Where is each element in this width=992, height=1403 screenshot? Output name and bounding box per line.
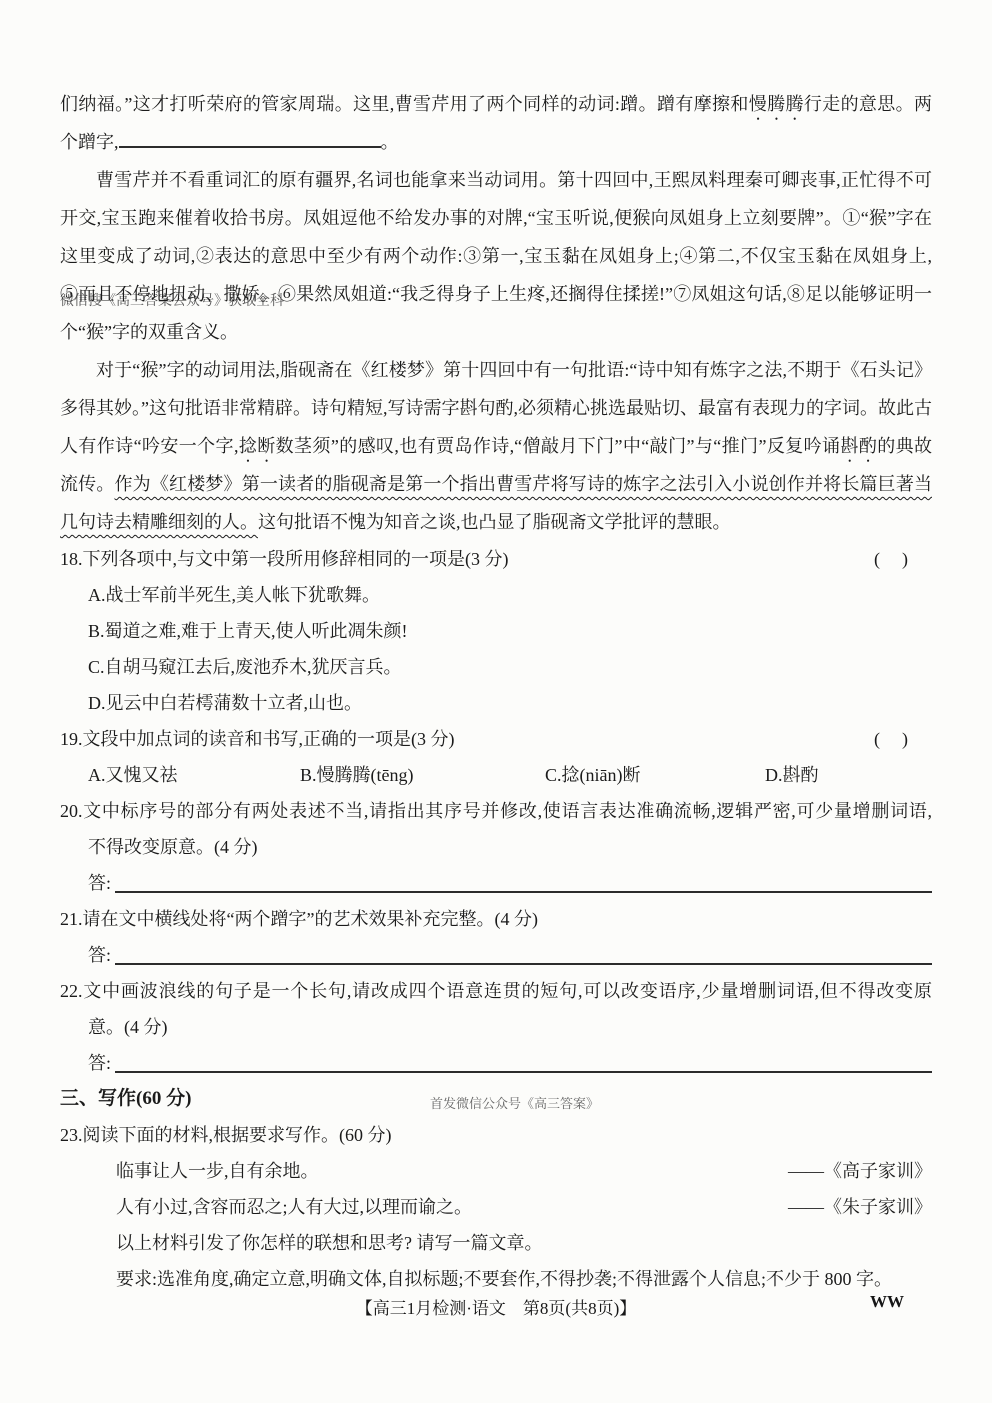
page-footer: 【高三1月检测·语文 第8页(共8页)】 (0, 1294, 992, 1319)
q20-answer-row: 答: (60, 865, 932, 901)
material-1-source: ——《高子家训》 (788, 1153, 932, 1189)
spacer (455, 721, 875, 757)
passage-p2-line1: 曹雪芹并不看重词汇的原有疆界,名词也能拿来当动词用。第十四回中,王熙凤料理秦可卿… (60, 161, 932, 199)
material-2-text: 人有小过,含容而忍之;人有大过,以理而谕之。 (60, 1189, 472, 1225)
p3-l3-text-a: 人有作诗“吟安一个字, (60, 436, 238, 456)
q18-option-a: A.战士军前半死生,美人帐下犹歌舞。 (60, 577, 932, 613)
q19-options-row: A.又愧又祛B.慢腾腾(tēng)C.捻(niān)断D.斟酌 (60, 757, 932, 793)
p3-l5-text-b: 这句批语不愧为知音之谈,也凸显了脂砚斋文学批评的慧眼。 (258, 512, 731, 532)
p1-l1-emphasized-word: 慢腾腾 (749, 94, 804, 114)
question-23-stem: 23.阅读下面的材料,根据要求写作。(60 分) (60, 1117, 932, 1153)
passage-p2-line3: 这里变成了动词,②表达的意思中至少有两个动作:③第一,宝玉黏在凤姐身上;④第二,… (60, 237, 932, 275)
q19-option-c: C.捻(niān)断 (545, 757, 765, 793)
q22-answer-label: 答: (88, 1045, 111, 1081)
passage-p2-line5: 个“猴”字的双重含义。 (60, 313, 932, 351)
q19-option-d: D.斟酌 (765, 757, 819, 793)
question-19-stem: 19.文段中加点词的读音和书写,正确的一项是(3 分)( ) (60, 721, 932, 757)
passage-p3-line2: 多得其妙。”这句批语非常精辟。诗句精短,写诗需字斟句酌,必须精心挑选最贴切、最富… (60, 389, 932, 427)
question-22-line1: 22.文中画波浪线的句子是一个长句,请改成四个语意连贯的短句,可以改变语序,少量… (60, 973, 932, 1009)
q20-answer-label: 答: (88, 865, 111, 901)
exam-paper-page: 微信搜《高三答案公众号》获取全科 首发微信公众号《高三答案》 们纳福。”这才打听… (0, 0, 992, 1403)
q21-answer-row: 答: (60, 937, 932, 973)
p1-l1-text-a: 们纳福。”这才打听荣府的管家周瑞。这里,曹雪芹用了两个同样的动词:蹭。蹭有摩擦和 (60, 94, 749, 114)
material-2-source: ——《朱子家训》 (788, 1189, 932, 1225)
p1-l2-text-a: 个蹭字, (60, 132, 119, 152)
question-20-line1: 20.文中标序号的部分有两处表述不当,请指出其序号并修改,使语言表达准确流畅,逻… (60, 793, 932, 829)
q18-option-d: D.见云中白若樗蒲数十立者,山也。 (60, 685, 932, 721)
passage-p2-line4: ⑤而且不停地扭动、撒娇。⑥果然凤姐道:“我乏得身子上生疼,还搁得住揉搓!”⑦凤姐… (60, 275, 932, 313)
section-3-writing-title: 三、写作(60 分) (60, 1081, 932, 1117)
q18-option-b: B.蜀道之难,难于上青天,使人听此凋朱颜! (60, 613, 932, 649)
passage-p2-line2: 开交,宝玉跑来催着收拾书房。凤姐逗他不给发办事的对牌,“宝玉听说,便猴向凤姐身上… (60, 199, 932, 237)
passage-p1-line2: 个蹭字,。 (60, 123, 932, 161)
q20-answer-line (115, 891, 932, 893)
q19-option-b: B.慢腾腾(tēng) (300, 757, 545, 793)
q22-answer-row: 答: (60, 1045, 932, 1081)
q19-option-a: A.又愧又祛 (88, 757, 300, 793)
passage-p3-line4: 流传。作为《红楼梦》第一读者的脂砚斋是第一个指出曹雪芹将写诗的炼字之法引入小说创… (60, 465, 932, 503)
q18-answer-bracket: ( ) (874, 541, 932, 577)
q18-option-c: C.自胡马窥江去后,废池乔木,犹厌言兵。 (60, 649, 932, 685)
q18-stem-text: 18.下列各项中,与文中第一段所用修辞相同的一项是(3 分) (60, 541, 509, 577)
passage-p3-line5: 几句诗去精雕细刻的人。这句批语不愧为知音之谈,也凸显了脂砚斋文学批评的慧眼。 (60, 503, 932, 541)
p3-l3-text-c: 的典故 (877, 436, 932, 456)
q19-answer-bracket: ( ) (874, 721, 932, 757)
question-21-stem: 21.请在文中横线处将“两个蹭字”的艺术效果补充完整。(4 分) (60, 901, 932, 937)
passage-p1-line1: 们纳福。”这才打听荣府的管家周瑞。这里,曹雪芹用了两个同样的动词:蹭。蹭有摩擦和… (60, 85, 932, 123)
p3-l5-wavy-underlined: 几句诗去精雕细刻的人。 (60, 512, 258, 532)
q21-answer-line (115, 963, 932, 965)
spacer (509, 541, 875, 577)
passage-p3-line3: 人有作诗“吟安一个字,捻断数茎须”的感叹,也有贾岛作诗,“僧敲月下门”中“敲门”… (60, 427, 932, 465)
question-20-line2: 不得改变原意。(4 分) (60, 829, 932, 865)
question-18-stem: 18.下列各项中,与文中第一段所用修辞相同的一项是(3 分)( ) (60, 541, 932, 577)
p1-l1-text-b: 行走的意思。两 (804, 94, 932, 114)
q23-requirements: 要求:选准角度,确定立意,明确文体,自拟标题;不要套作,不得抄袭;不得泄露个人信… (60, 1261, 932, 1297)
question-22-line2: 意。(4 分) (60, 1009, 932, 1045)
fill-in-blank-line (119, 132, 381, 148)
p3-l3-emphasized-word-2: 斟酌 (840, 436, 877, 456)
q22-answer-line (115, 1071, 932, 1073)
footer-code: WW (870, 1292, 904, 1312)
q19-stem-text: 19.文段中加点词的读音和书写,正确的一项是(3 分) (60, 721, 455, 757)
q23-material-2: 人有小过,含容而忍之;人有大过,以理而谕之。——《朱子家训》 (60, 1189, 932, 1225)
p1-l2-text-b: 。 (381, 132, 399, 152)
p3-l3-emphasized-word-1: 捻断 (238, 436, 275, 456)
p3-l4-text-a: 流传。 (60, 474, 115, 494)
q23-prompt: 以上材料引发了你怎样的联想和思考? 请写一篇文章。 (60, 1225, 932, 1261)
q23-material-1: 临事让人一步,自有余地。——《高子家训》 (60, 1153, 932, 1189)
p3-l4-wavy-underlined: 作为《红楼梦》第一读者的脂砚斋是第一个指出曹雪芹将写诗的炼字之法引入小说创作并将… (60, 474, 932, 503)
q21-answer-label: 答: (88, 937, 111, 973)
passage-p3-line1: 对于“猴”字的动词用法,脂砚斋在《红楼梦》第十四回中有一句批语:“诗中知有炼字之… (60, 351, 932, 389)
p3-l3-text-b: 数茎须”的感叹,也有贾岛作诗,“僧敲月下门”中“敲门”与“推门”反复吟诵 (276, 436, 841, 456)
page-content: 们纳福。”这才打听荣府的管家周瑞。这里,曹雪芹用了两个同样的动词:蹭。蹭有摩擦和… (60, 85, 932, 1297)
material-1-text: 临事让人一步,自有余地。 (60, 1153, 319, 1189)
